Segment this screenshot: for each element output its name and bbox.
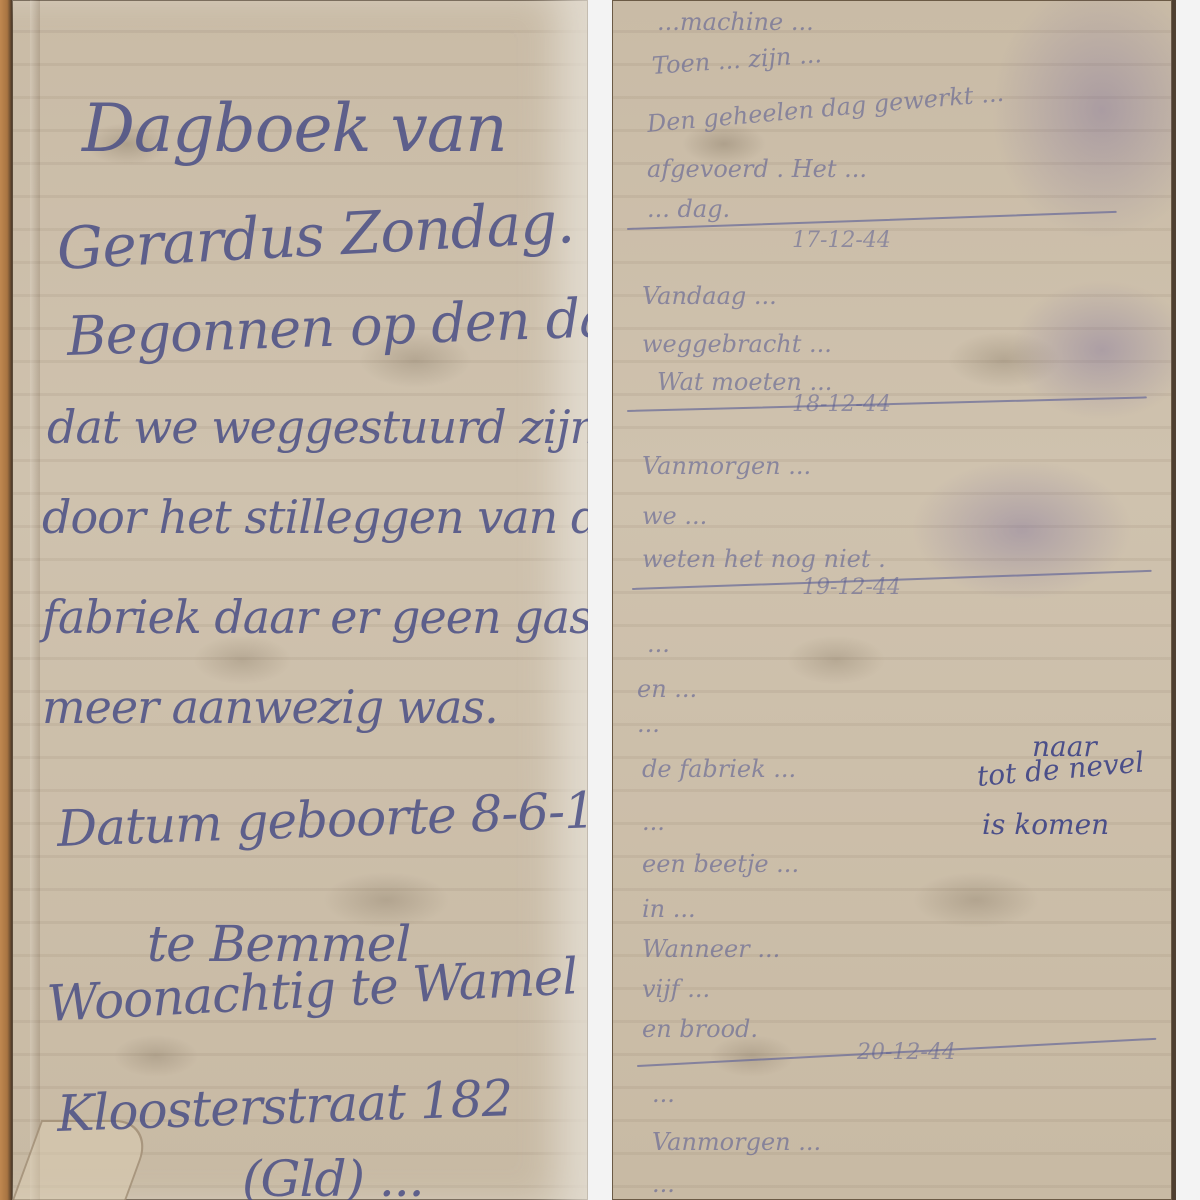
entry-line: ...machine ... [657,8,814,36]
entry-line: vijf ... [642,975,710,1003]
entry-line: Vandaag ... [642,282,777,310]
entry-line: en brood. [642,1015,758,1043]
diary-line: meer aanwezig was. [42,680,498,734]
entry-line: Den geheelen dag gewerkt ... [646,79,1005,138]
diary-line: door het stilleggen van de [42,490,588,544]
entry-line: weten het nog niet . [642,545,886,573]
entry-line: ... [652,1080,675,1108]
address-line: Kloosterstraat 182 [56,1069,513,1143]
entry-line: weggebracht ... [642,330,832,358]
entry-line: in ... [642,895,696,923]
entry-line: Toen ... zijn ... [651,40,823,80]
right-diary-page: ...machine ... Toen ... zijn ... Den geh… [612,0,1172,1200]
birth-date-line: Datum geboorte 8-6-19 [56,780,588,858]
diary-line: Gerardus Zondag. [55,188,575,283]
entry-line: Vanmorgen ... [642,452,811,480]
entry-line: ... [642,808,665,836]
entry-line: Wanneer ... [642,935,780,963]
page-fold [30,0,40,1200]
entry-line: ... [647,630,670,658]
entry-line: en ... [637,675,697,703]
residence-line: Woonachtig te Wamel [45,947,578,1033]
annotation-line: tot de nevel [976,745,1146,792]
entry-line: ... dag. [647,195,730,223]
entry-date: 19-12-44 [802,575,901,600]
entry-line: een beetje ... [642,850,799,878]
entry-line: ... [637,710,660,738]
page-edge [1172,0,1176,1200]
ink-smudge [992,0,1172,240]
entry-date: 17-12-44 [792,228,891,253]
entry-line: ... [652,1170,675,1198]
left-diary-page: Dagboek van Gerardus Zondag. Begonnen op… [12,0,588,1200]
book-spine-edge [0,0,12,1200]
entry-line: de fabriek ... [642,755,796,783]
entry-line: we ... [642,502,707,530]
diary-line: Begonnen op den dag [66,285,588,368]
entry-date: 18-12-44 [792,392,891,417]
diary-line: dat we weggestuurd zijn [47,400,588,454]
entry-date: 20-12-44 [857,1040,956,1065]
diary-title: Dagboek van [82,90,507,167]
province-line: (Gld) ... [242,1150,424,1200]
diary-line: fabriek daar er geen gas [42,590,588,644]
entry-line: afgevoerd . Het ... [647,155,867,183]
annotation-line: is komen [982,808,1109,841]
entry-line: Vanmorgen ... [652,1128,821,1156]
